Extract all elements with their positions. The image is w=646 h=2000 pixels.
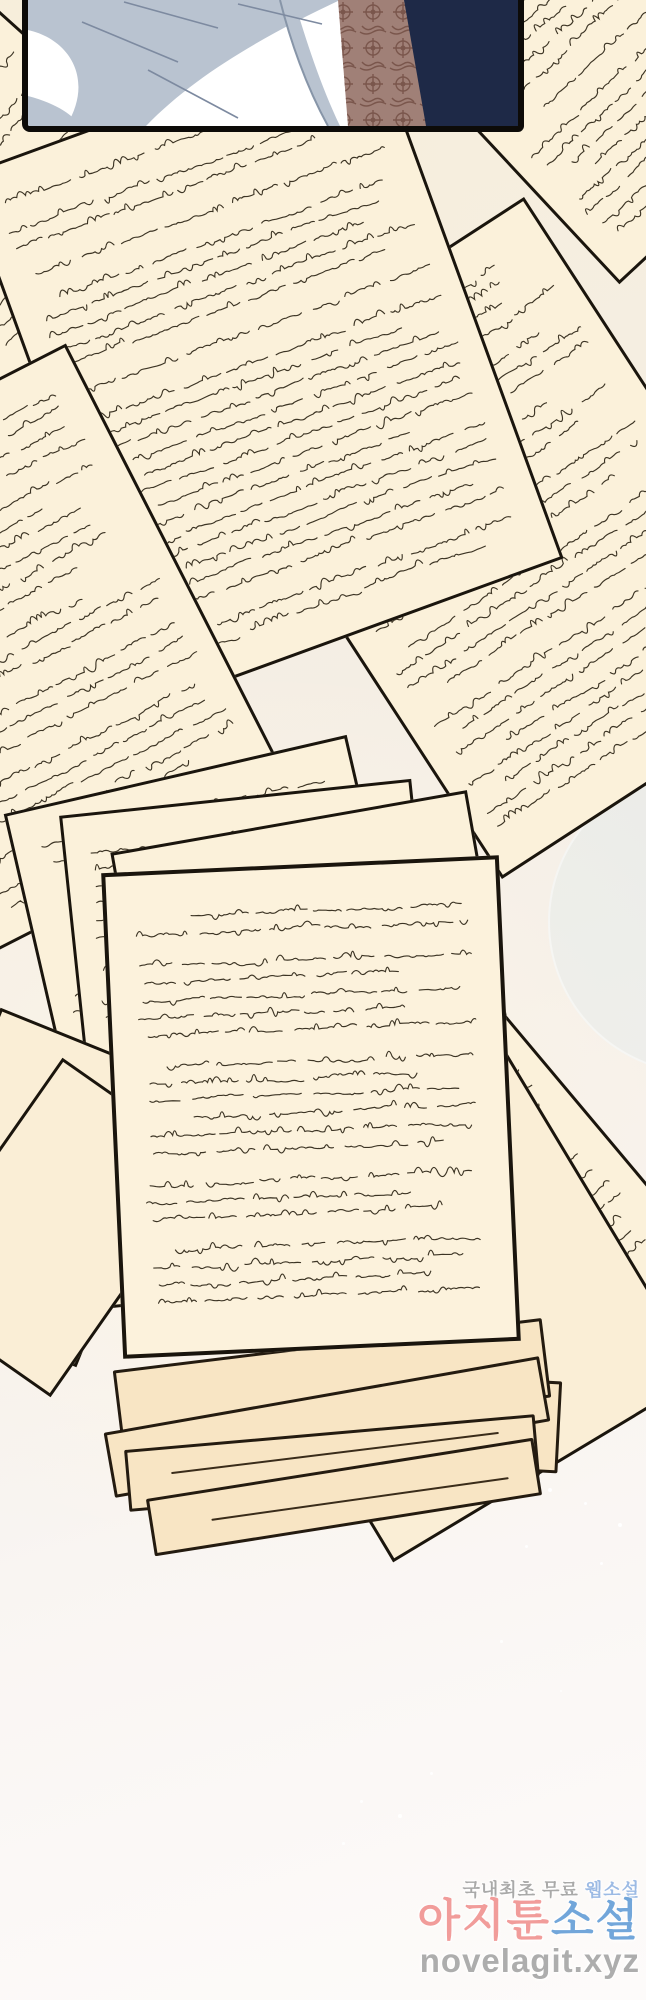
sparkle bbox=[618, 1523, 622, 1527]
comic-panel bbox=[22, 0, 524, 132]
sparkle bbox=[500, 1640, 503, 1643]
panel-art bbox=[28, 0, 518, 126]
watermark-brand-blue: 소설 bbox=[551, 1896, 640, 1945]
sparkle bbox=[560, 1690, 562, 1692]
sparkle bbox=[430, 1772, 433, 1775]
sparkle bbox=[360, 1800, 363, 1803]
watermark-brand: 아지툰소설 bbox=[417, 1899, 640, 1944]
sparkle bbox=[584, 1502, 587, 1505]
handwriting-scribbles bbox=[105, 859, 516, 1354]
watermark-brand-pink: 아지툰 bbox=[417, 1896, 551, 1945]
watermark-url: novelagit.xyz bbox=[417, 1944, 640, 1978]
sparkle bbox=[342, 1842, 345, 1845]
letter-paper-front bbox=[101, 855, 521, 1359]
sparkle bbox=[600, 1562, 603, 1565]
watermark: 국내최초 무료 웹소설 아지툰소설 novelagit.xyz bbox=[417, 1881, 640, 1978]
webtoon-page: 국내최초 무료 웹소설 아지툰소설 novelagit.xyz bbox=[0, 0, 646, 2000]
sparkle bbox=[548, 1488, 552, 1492]
sparkle bbox=[398, 1814, 402, 1818]
sparkle bbox=[525, 1545, 528, 1548]
